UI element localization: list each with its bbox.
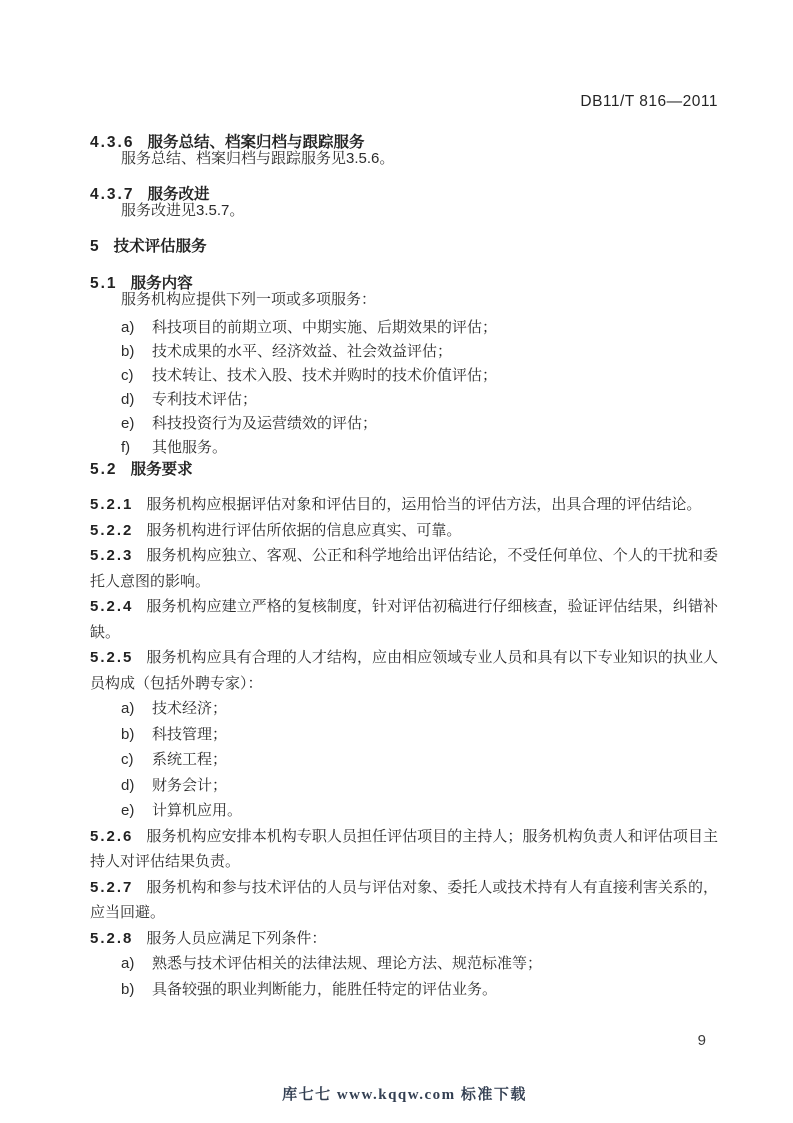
clause-number: 5.2.6: [90, 828, 133, 845]
list-item-label: e): [121, 412, 134, 436]
list-item-text: 技术成果的水平、经济效益、社会效益评估；: [152, 343, 452, 360]
heading-title: 服务改进: [147, 187, 209, 203]
clauses-block: 5.2.1服务机构应根据评估对象和评估目的，运用恰当的评估方法，出具合理的评估结…: [90, 492, 718, 1002]
list-item: a)技术经济；: [90, 696, 718, 722]
paragraph-4-3-7: 服务改进见3.5.7。: [121, 203, 718, 219]
document-page: DB11/T 816—2011 4.3.6 服务总结、档案归档与跟踪服务 服务总…: [0, 0, 793, 1123]
heading-number: 5.1: [90, 276, 118, 292]
clause-5-2-7: 5.2.7服务机构和参与技术评估的人员与评估对象、委托人或技术持有人有直接利害关…: [90, 875, 718, 926]
list-item-text: 科技项目的前期立项、中期实施、后期效果的评估；: [152, 319, 497, 336]
heading-5-1: 5.1 服务内容: [90, 276, 718, 292]
heading-title: 服务要求: [131, 462, 193, 478]
list-item-text: 熟悉与技术评估相关的法律法规、理论方法、规范标准等；: [152, 955, 542, 972]
list-item-text: 系统工程；: [152, 751, 227, 768]
list-item-label: c): [121, 364, 134, 388]
list-item-label: a): [121, 951, 134, 977]
list-item-label: e): [121, 798, 134, 824]
list-item-label: a): [121, 696, 134, 722]
heading-number: 4.3.6: [90, 135, 134, 151]
list-item: b)科技管理；: [90, 722, 718, 748]
heading-title: 服务总结、档案归档与跟踪服务: [147, 135, 364, 151]
clause-5-2-4: 5.2.4服务机构应建立严格的复核制度，针对评估初稿进行仔细核查，验证评估结果，…: [90, 594, 718, 645]
list-item: c)系统工程；: [90, 747, 718, 773]
list-item-text: 计算机应用。: [152, 802, 242, 819]
clause-5-2-6: 5.2.6服务机构应安排本机构专职人员担任评估项目的主持人；服务机构负责人和评估…: [90, 824, 718, 875]
clause-number: 5.2.3: [90, 547, 133, 564]
list-item-text: 科技投资行为及运营绩效的评估；: [152, 415, 377, 432]
list-item: e)科技投资行为及运营绩效的评估；: [90, 412, 718, 436]
heading-number: 4.3.7: [90, 187, 134, 203]
clause-number: 5.2.1: [90, 496, 133, 513]
heading-number: 5: [90, 239, 101, 255]
heading-5: 5 技术评估服务: [90, 239, 718, 255]
list-item-text: 财务会计；: [152, 777, 227, 794]
list-item-text: 专利技术评估；: [152, 391, 257, 408]
list-item-label: c): [121, 747, 134, 773]
list-item: a)科技项目的前期立项、中期实施、后期效果的评估；: [90, 316, 718, 340]
clause-number: 5.2.7: [90, 879, 133, 896]
clause-text: 服务人员应满足下列条件：: [146, 930, 326, 947]
clause-text: 服务机构应建立严格的复核制度，针对评估初稿进行仔细核查，验证评估结果，纠错补缺。: [90, 598, 718, 641]
list-item-label: f): [121, 436, 130, 460]
list-item-label: b): [121, 722, 134, 748]
list-item: c)技术转让、技术入股、技术并购时的技术价值评估；: [90, 364, 718, 388]
clause-text: 服务机构应根据评估对象和评估目的，运用恰当的评估方法，出具合理的评估结论。: [146, 496, 701, 513]
clause-text: 服务机构进行评估所依据的信息应真实、可靠。: [146, 522, 461, 539]
heading-title: 服务内容: [131, 276, 193, 292]
list-item: e)计算机应用。: [90, 798, 718, 824]
list-item-text: 技术经济；: [152, 700, 227, 717]
list-item: d)专利技术评估；: [90, 388, 718, 412]
paragraph-5-1-intro: 服务机构应提供下列一项或多项服务：: [121, 292, 718, 308]
clause-5-2-8: 5.2.8服务人员应满足下列条件：: [90, 926, 718, 952]
clause-number: 5.2.4: [90, 598, 133, 615]
clause-5-2-5: 5.2.5服务机构应具有合理的人才结构，应由相应领域专业人员和具有以下专业知识的…: [90, 645, 718, 696]
clause-text: 服务机构应安排本机构专职人员担任评估项目的主持人；服务机构负责人和评估项目主持人…: [90, 828, 718, 871]
page-content: DB11/T 816—2011 4.3.6 服务总结、档案归档与跟踪服务 服务总…: [0, 93, 793, 1002]
clause-5-2-1: 5.2.1服务机构应根据评估对象和评估目的，运用恰当的评估方法，出具合理的评估结…: [90, 492, 718, 518]
clause-5-2-3: 5.2.3服务机构应独立、客观、公正和科学地给出评估结论，不受任何单位、个人的干…: [90, 543, 718, 594]
clause-number: 5.2.8: [90, 930, 133, 947]
clause-text: 服务机构和参与技术评估的人员与评估对象、委托人或技术持有人有直接利害关系的，应当…: [90, 879, 718, 922]
doc-number: DB11/T 816—2011: [90, 93, 718, 110]
heading-number: 5.2: [90, 462, 118, 478]
watermark: 库七七 www.kqqw.com 标准下载: [282, 1083, 527, 1104]
list-item: f)其他服务。: [90, 436, 718, 460]
heading-4-3-7: 4.3.7 服务改进: [90, 187, 718, 203]
list-item-label: b): [121, 977, 134, 1003]
heading-5-2: 5.2 服务要求: [90, 462, 718, 478]
heading-title: 技术评估服务: [114, 239, 207, 255]
list-item-text: 具备较强的职业判断能力，能胜任特定的评估业务。: [152, 981, 497, 998]
page-number: 9: [698, 1033, 706, 1049]
list-item-text: 科技管理；: [152, 726, 227, 743]
paragraph-4-3-6: 服务总结、档案归档与跟踪服务见3.5.6。: [121, 151, 718, 167]
list-item: a)熟悉与技术评估相关的法律法规、理论方法、规范标准等；: [90, 951, 718, 977]
list-item-text: 技术转让、技术入股、技术并购时的技术价值评估；: [152, 367, 497, 384]
service-list: a)科技项目的前期立项、中期实施、后期效果的评估； b)技术成果的水平、经济效益…: [90, 316, 718, 460]
list-item: b)具备较强的职业判断能力，能胜任特定的评估业务。: [90, 977, 718, 1003]
clause-5-2-2: 5.2.2服务机构进行评估所依据的信息应真实、可靠。: [90, 518, 718, 544]
heading-4-3-6: 4.3.6 服务总结、档案归档与跟踪服务: [90, 135, 718, 151]
list-item-label: a): [121, 316, 134, 340]
conditions-list: a)熟悉与技术评估相关的法律法规、理论方法、规范标准等； b)具备较强的职业判断…: [90, 951, 718, 1002]
clause-text: 服务机构应具有合理的人才结构，应由相应领域专业人员和具有以下专业知识的执业人员构…: [90, 649, 718, 692]
clause-number: 5.2.5: [90, 649, 133, 666]
list-item: b)技术成果的水平、经济效益、社会效益评估；: [90, 340, 718, 364]
list-item-label: b): [121, 340, 134, 364]
skills-list: a)技术经济； b)科技管理； c)系统工程； d)财务会计； e)计算机应用。: [90, 696, 718, 824]
list-item-label: d): [121, 388, 134, 412]
clause-text: 服务机构应独立、客观、公正和科学地给出评估结论，不受任何单位、个人的干扰和委托人…: [90, 547, 718, 590]
clause-number: 5.2.2: [90, 522, 133, 539]
list-item-label: d): [121, 773, 134, 799]
list-item-text: 其他服务。: [152, 439, 227, 456]
list-item: d)财务会计；: [90, 773, 718, 799]
